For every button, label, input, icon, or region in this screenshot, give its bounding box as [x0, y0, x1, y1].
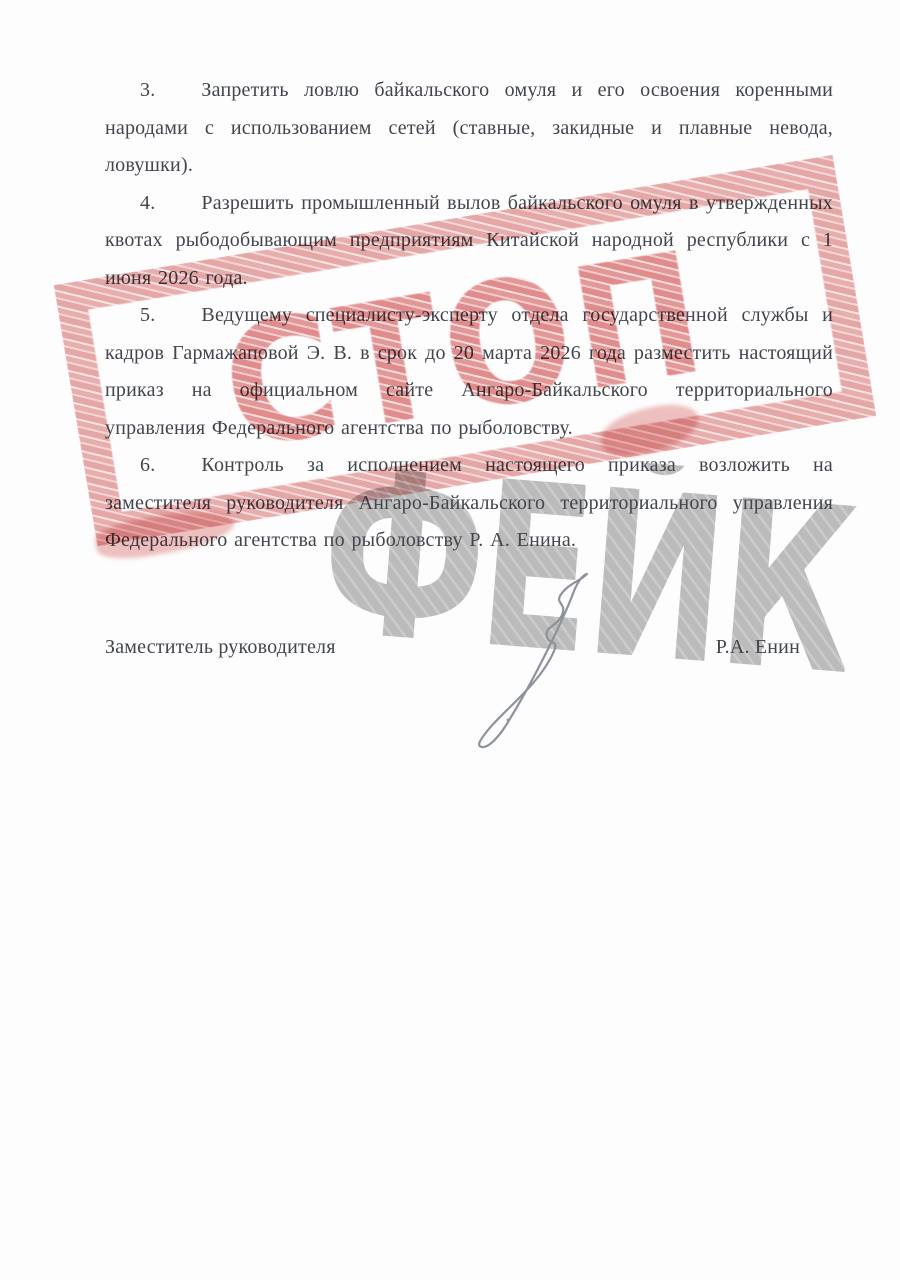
paragraph-text: Запретить ловлю байкальского омуля и его…	[105, 79, 833, 176]
scanned-document-page: ФЕЙК 3.Запретить ловлю байкальского омул…	[0, 0, 900, 1280]
paragraph-number: 4.	[140, 192, 155, 214]
paragraph-3: 3.Запретить ловлю байкальского омуля и е…	[105, 72, 833, 185]
signer-position-title: Заместитель руководителя	[105, 629, 336, 667]
signer-name: Р.А. Енин	[716, 629, 800, 667]
paragraph-number: 3.	[140, 79, 155, 101]
handwritten-signature	[450, 556, 610, 756]
